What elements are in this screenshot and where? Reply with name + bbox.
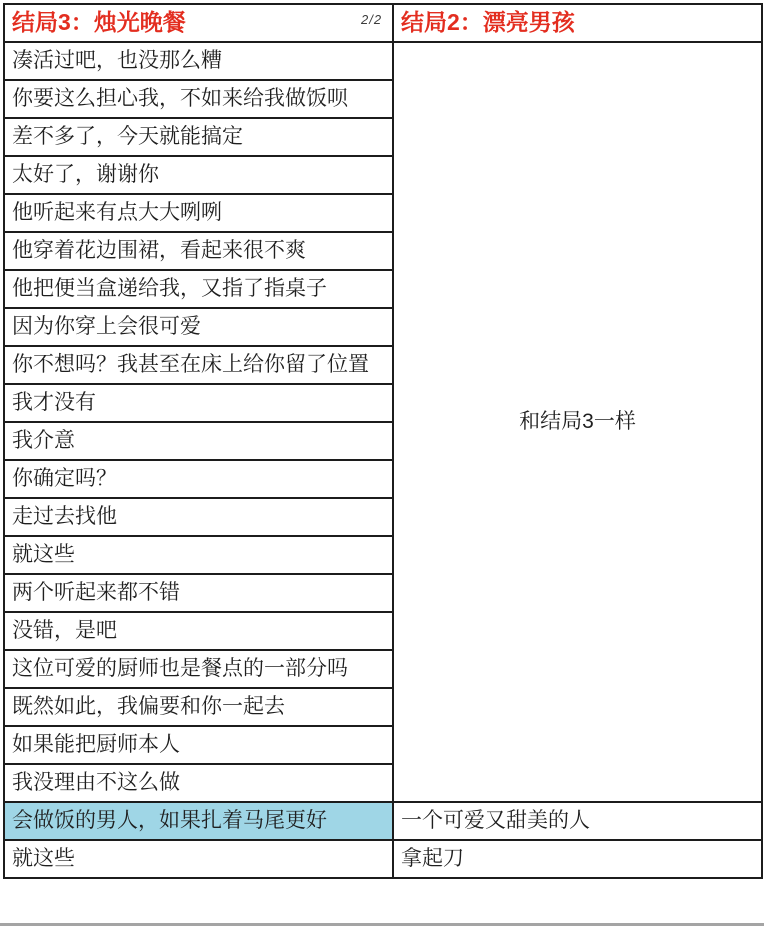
dialogue-cell: 太好了，谢谢你 <box>4 156 393 194</box>
dialogue-cell: 就这些 <box>4 840 393 878</box>
table-row: 就这些拿起刀 <box>4 840 762 878</box>
ending2-header: 结局2：漂亮男孩 <box>393 4 762 42</box>
dialogue-cell: 这位可爱的厨师也是餐点的一部分吗 <box>4 650 393 688</box>
dialogue-cell: 一个可爱又甜美的人 <box>393 802 762 840</box>
dialogue-cell: 走过去找他 <box>4 498 393 536</box>
dialogue-cell: 你不想吗？我甚至在床上给你留了位置 <box>4 346 393 384</box>
dialogue-cell: 凑活过吧，也没那么糟 <box>4 42 393 80</box>
table-row: 会做饭的男人，如果扎着马尾更好一个可爱又甜美的人 <box>4 802 762 840</box>
dialogue-cell: 拿起刀 <box>393 840 762 878</box>
ending3-header: 结局3：烛光晚餐 <box>4 4 393 42</box>
dialogue-cell: 你要这么担心我，不如来给我做饭呗 <box>4 80 393 118</box>
dialogue-cell: 就这些 <box>4 536 393 574</box>
dialogue-cell: 他把便当盒递给我，又指了指桌子 <box>4 270 393 308</box>
table-row: 凑活过吧，也没那么糟和结局3一样 <box>4 42 762 80</box>
page-number: 2/2 <box>361 12 382 27</box>
dialogue-cell: 我介意 <box>4 422 393 460</box>
document-page: 2/2 结局3：烛光晚餐 结局2：漂亮男孩 凑活过吧，也没那么糟和结局3一样你要… <box>0 0 764 926</box>
dialogue-cell: 我才没有 <box>4 384 393 422</box>
dialogue-cell: 因为你穿上会很可爱 <box>4 308 393 346</box>
endings-table: 结局3：烛光晚餐 结局2：漂亮男孩 凑活过吧，也没那么糟和结局3一样你要这么担心… <box>3 3 763 879</box>
dialogue-cell-highlighted: 会做饭的男人，如果扎着马尾更好 <box>4 802 393 840</box>
dialogue-cell: 如果能把厨师本人 <box>4 726 393 764</box>
dialogue-cell: 两个听起来都不错 <box>4 574 393 612</box>
dialogue-cell: 既然如此，我偏要和你一起去 <box>4 688 393 726</box>
dialogue-cell: 他穿着花边围裙，看起来很不爽 <box>4 232 393 270</box>
dialogue-cell: 我没理由不这么做 <box>4 764 393 802</box>
merged-same-as-ending3-cell: 和结局3一样 <box>393 42 762 802</box>
dialogue-cell: 没错，是吧 <box>4 612 393 650</box>
dialogue-cell: 他听起来有点大大咧咧 <box>4 194 393 232</box>
dialogue-cell: 差不多了，今天就能搞定 <box>4 118 393 156</box>
header-row: 结局3：烛光晚餐 结局2：漂亮男孩 <box>4 4 762 42</box>
dialogue-cell: 你确定吗？ <box>4 460 393 498</box>
